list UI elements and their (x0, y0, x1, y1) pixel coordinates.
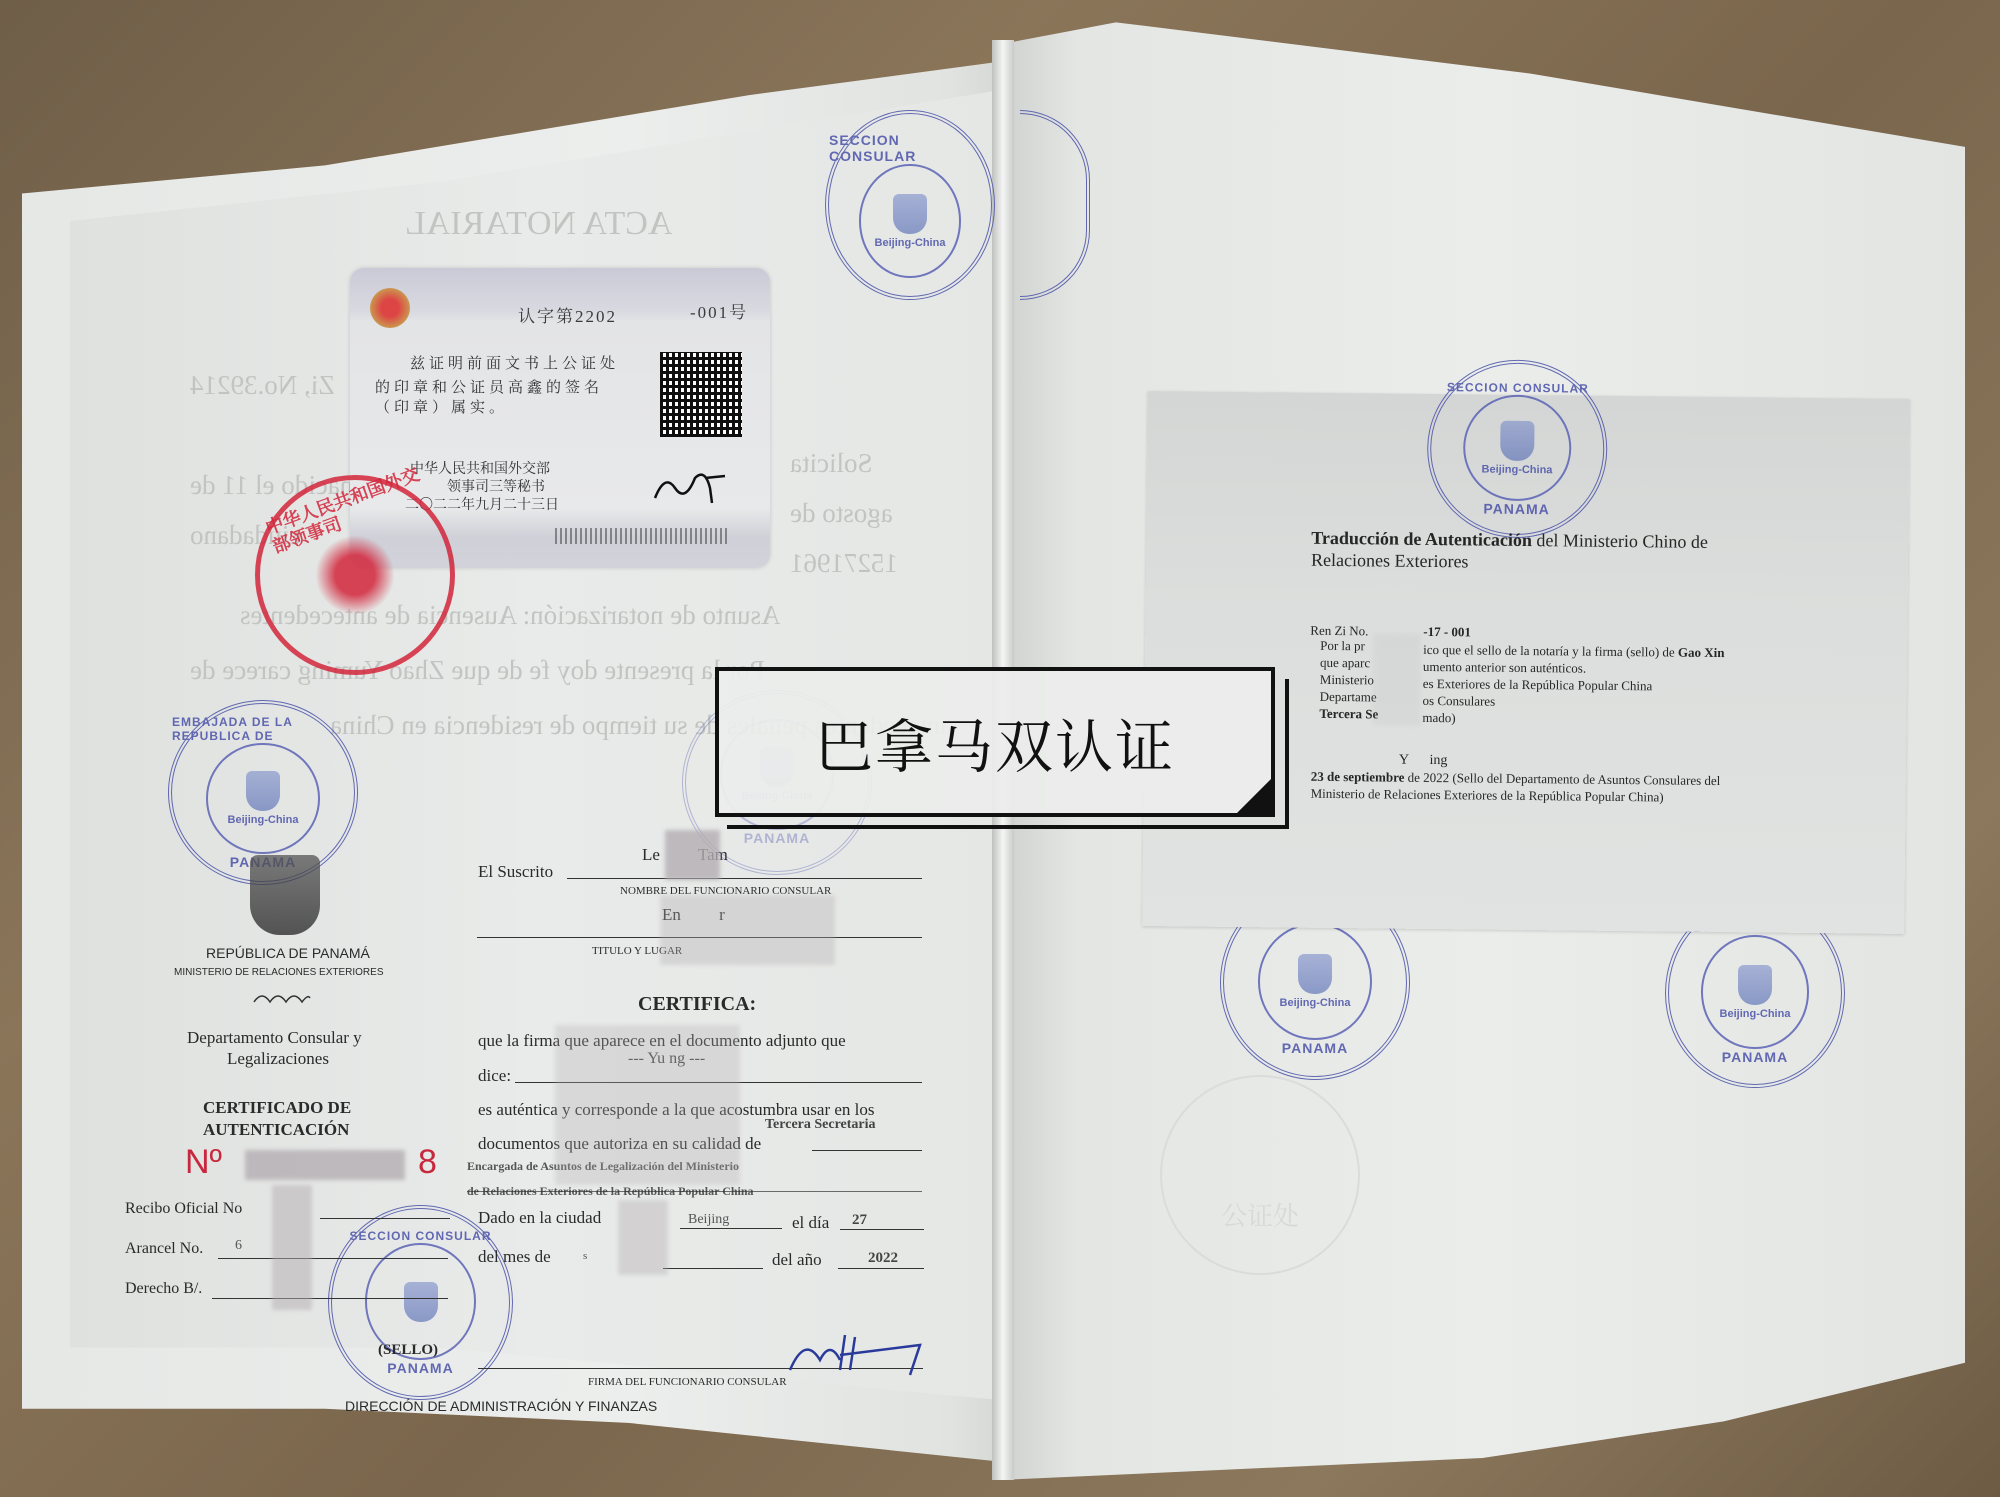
field-line (680, 1228, 782, 1229)
panama-coat-of-arms-icon (250, 855, 320, 935)
national-emblem-icon (370, 288, 410, 328)
field-line (812, 1150, 922, 1151)
department-name: Departamento Consular y (187, 1028, 362, 1048)
signature (650, 458, 730, 508)
faded-line: 15271961 (790, 548, 898, 579)
qr-code (660, 352, 742, 437)
crest-icon (246, 771, 280, 811)
field-line (840, 1229, 924, 1230)
redacted-title (660, 895, 835, 965)
seal-emblem-icon (315, 535, 395, 615)
firma-caption: FIRMA DEL FUNCIONARIO CONSULAR (588, 1376, 787, 1388)
sticker-number-suffix: -001号 (690, 298, 748, 323)
field-line (467, 1191, 922, 1192)
certificate-text: dice: (478, 1066, 511, 1086)
field-line (663, 1268, 763, 1269)
embossed-notary-seal: 公证处 (1160, 1075, 1360, 1275)
dia-label: el día (792, 1213, 829, 1233)
sticker-text: （印章）属实。 (375, 396, 508, 420)
crest-icon (893, 194, 927, 234)
crest-icon (1500, 420, 1534, 460)
country-name: REPÚBLICA DE PANAMÁ (206, 945, 370, 961)
anio-value: 2022 (868, 1250, 898, 1267)
faded-line: Por la presente doy fe de que Zhao Yumin… (190, 655, 765, 686)
field-line (320, 1218, 450, 1219)
page-fold-icon (1237, 779, 1271, 813)
field-label: Derecho B/. (125, 1280, 202, 1298)
crest-icon (404, 1282, 438, 1322)
field-line (218, 1258, 448, 1259)
ministry-name: MINISTERIO DE RELACIONES EXTERIORES (174, 967, 383, 978)
redacted-number (245, 1150, 405, 1180)
mes-value: s (583, 1250, 587, 1262)
faded-line: Solicita (790, 448, 873, 479)
dado-city-value: Beijing (688, 1212, 729, 1228)
seal-label: (SELLO) (378, 1342, 438, 1359)
translation-date-line2: Ministerio de Relaciones Exteriores de l… (1311, 784, 1664, 808)
ornament-icon (252, 990, 312, 1006)
certificate-number-label: Nº (185, 1143, 222, 1182)
sticker-number: 认字第2202 (518, 302, 617, 327)
faded-title: ACTA NOTARIAL (405, 205, 672, 243)
certificate-number-end: 8 (418, 1143, 437, 1182)
redacted-city-month (618, 1200, 668, 1275)
crest-icon (1738, 965, 1772, 1005)
suscrito-label: El Suscrito (478, 862, 553, 882)
department-name: Legalizaciones (227, 1049, 329, 1069)
faded-ref: Zi, No.39214 (190, 370, 335, 401)
barcode (555, 528, 730, 544)
faded-line: agosto de (790, 498, 893, 529)
dia-value: 27 (852, 1212, 867, 1229)
direction-name: DIRECCIÓN DE ADMINISTRACIÓN Y FINANZAS (345, 1398, 657, 1414)
certificate-title: CERTIFICADO DE (203, 1098, 351, 1118)
consular-signature (780, 1325, 930, 1385)
dado-label: Dado en la ciudad (478, 1208, 601, 1228)
anio-label: del año (772, 1250, 822, 1270)
signer-role-value: Tercera Secretaria (765, 1117, 876, 1133)
translation-title: Traducción de Autenticación del Minister… (1311, 528, 1708, 552)
translation-line: Tercera Se (1319, 704, 1378, 725)
translation-title-line2: Relaciones Exteriores (1311, 550, 1469, 572)
redacted-block (1372, 633, 1421, 725)
field-line (838, 1268, 924, 1269)
field-line (567, 878, 922, 879)
certifica-heading: CERTIFICA: (638, 993, 756, 1016)
field-line (212, 1298, 448, 1299)
redacted-name (665, 830, 720, 880)
field-value: 6 (235, 1238, 242, 1254)
redacted-values (272, 1185, 312, 1310)
crest-icon (1298, 954, 1332, 994)
field-label: Arancel No. (125, 1240, 203, 1258)
panama-embassy-stamp: SECCION CONSULAR PANAMA (328, 1205, 513, 1400)
translation-sheet: SECCION CONSULAR Beijing-China PANAMA Tr… (1142, 391, 1910, 934)
field-label: Recibo Oficial No (125, 1200, 242, 1218)
panama-embassy-stamp: SECCION CONSULAR Beijing-China PANAMA (1426, 359, 1608, 539)
overlay-label-text: 巴拿马双认证 (815, 700, 1175, 784)
certificate-title: AUTENTICACIÓN (203, 1120, 349, 1140)
sticker-text: 兹证明前面文书上公证处 (410, 352, 619, 376)
panama-embassy-stamp: SECCION CONSULAR Beijing-China (825, 110, 995, 300)
mes-label: del mes de (478, 1247, 551, 1267)
overlay-label: 巴拿马双认证 (715, 667, 1275, 817)
redacted-block (555, 1025, 740, 1185)
translation-line: mado) (1422, 708, 1455, 728)
